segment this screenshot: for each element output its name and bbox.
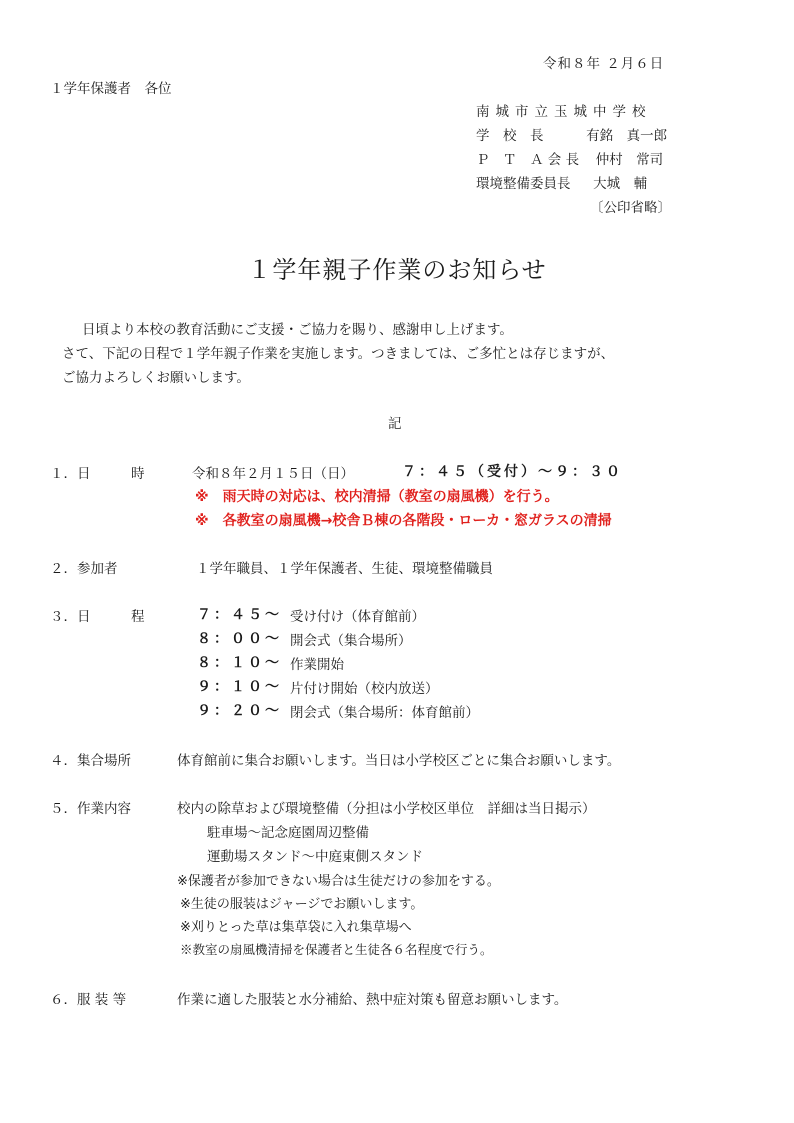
- seal-note: 〔公印省略〕: [590, 196, 671, 216]
- event-date: 令和８年２月１５日（日）: [192, 462, 354, 482]
- schedule-row: ７：４５～ 受け付け（体育館前）: [0, 604, 794, 624]
- env-title: 環境整備委員長: [476, 176, 571, 192]
- schedule-time: ９：２０～: [197, 700, 277, 720]
- meeting-place-value: 体育館前に集合お願いします。当日は小学校区ごとに集合お願いします。: [177, 749, 620, 769]
- work-area: 運動場スタンド～中庭東側スタンド: [207, 845, 423, 865]
- page-title: １学年親子作業のお知らせ: [0, 250, 794, 285]
- pta-title: Ｐ Ｔ Ａ 会 長: [476, 152, 579, 168]
- principal-name: 有銘 真一郎: [586, 128, 667, 144]
- issue-date: 令和８年 ２月６日: [543, 52, 664, 72]
- item-label-datetime: １．日 時: [50, 462, 145, 482]
- work-note: ※教室の扇風機清掃を保護者と生徒各６名程度で行う。: [180, 940, 493, 958]
- schedule-desc: 片付け開始（校内放送）: [290, 677, 439, 697]
- sender-principal: 学 校 長 有銘 真一郎: [476, 124, 667, 144]
- clothing-value: 作業に適した服装と水分補給、熱中症対策も留意お願いします。: [177, 988, 567, 1008]
- schedule-desc: 開会式（集合場所）: [290, 629, 412, 649]
- item-label-meeting-place: ４．集合場所: [50, 749, 131, 769]
- env-name: 大城 輔: [593, 176, 647, 192]
- item-label-participants: ２．参加者: [50, 557, 118, 577]
- schedule-desc: 作業開始: [290, 653, 344, 673]
- pta-name: 仲村 常司: [596, 152, 664, 168]
- schedule-time: ７：４５～: [197, 604, 277, 624]
- item-label-work: ５．作業内容: [50, 797, 131, 817]
- sender-env: 環境整備委員長 大城 輔: [476, 172, 647, 192]
- intro-line-2: さて、下記の日程で１学年親子作業を実施します。つきましては、ご多忙とは存じますが…: [62, 342, 614, 362]
- cleaning-note: ※ 各教室の扇風機→校舎Ｂ棟の各階段・ローカ・窓ガラスの清掃: [195, 510, 612, 530]
- work-note: ※刈りとった草は集草袋に入れ集草場へ: [180, 916, 412, 935]
- work-note: ※保護者が参加できない場合は生徒だけの参加をする。: [177, 870, 500, 889]
- work-value: 校内の除草および環境整備（分担は小学校区単位 詳細は当日掲示）: [177, 797, 596, 817]
- intro-line-3: ご協力よろしくお願いします。: [62, 366, 250, 386]
- schedule-desc: 受け付け（体育館前）: [290, 605, 425, 625]
- schedule-row: ８：００～ 開会式（集合場所）: [0, 628, 794, 648]
- schedule-row: ９：１０～ 片付け開始（校内放送）: [0, 676, 794, 696]
- ki-heading: 記: [388, 412, 402, 432]
- sender-school: 南城市立玉城中学校: [476, 100, 652, 120]
- schedule-row: ８：１０～ 作業開始: [0, 652, 794, 672]
- rain-note: ※ 雨天時の対応は、校内清掃（教室の扇風機）を行う。: [195, 486, 559, 506]
- schedule-time: ８：００～: [197, 628, 277, 648]
- work-area: 駐車場～記念庭園周辺整備: [207, 821, 369, 841]
- intro-line-1: 日頃より本校の教育活動にご支援・ご協力を賜り、感謝申し上げます。: [82, 318, 513, 338]
- schedule-time: ９：１０～: [197, 676, 277, 696]
- principal-title: 学 校 長: [476, 128, 544, 144]
- item-label-clothing: ６．服 装 等: [50, 988, 126, 1008]
- schedule-time: ８：１０～: [197, 652, 277, 672]
- schedule-row: ９：２０～ 閉会式（集合場所：体育館前）: [0, 700, 794, 720]
- schedule-desc: 閉会式（集合場所：体育館前）: [290, 701, 479, 721]
- event-time: ７：４５（受付）～９：３０: [402, 461, 623, 481]
- addressee: １学年保護者 各位: [50, 77, 172, 97]
- work-note: ※生徒の服装はジャージでお願いします。: [180, 893, 423, 912]
- sender-pta: Ｐ Ｔ Ａ 会 長 仲村 常司: [476, 148, 663, 168]
- participants-value: １学年職員、１学年保護者、生徒、環境整備職員: [196, 557, 493, 577]
